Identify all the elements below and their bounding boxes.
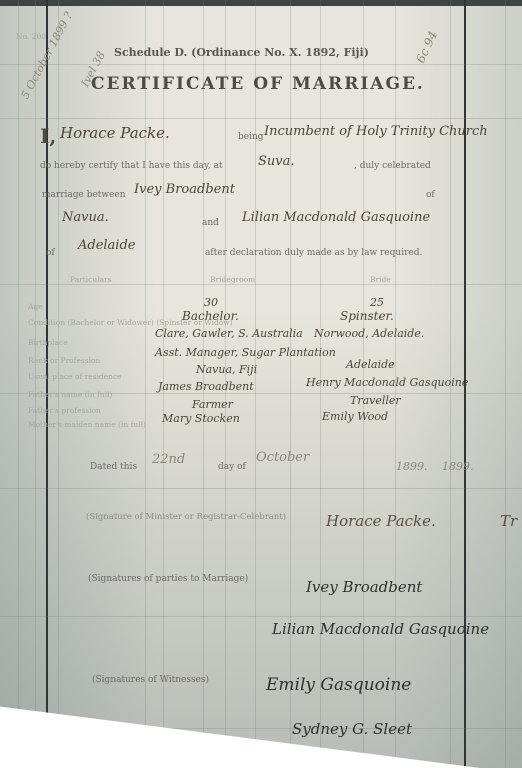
label-parties-signatures: (Signatures of parties to Marriage) xyxy=(88,574,248,584)
minister-signature-extra: Tr xyxy=(500,512,517,530)
dated-month: October xyxy=(256,450,309,465)
row-label-father-name: Father's name (in full) xyxy=(28,390,112,399)
label-marriage-between: marriage between xyxy=(42,190,126,200)
groom-age: 30 xyxy=(204,296,218,309)
groom-mother-name: Mary Stocken xyxy=(162,412,240,425)
bride-condition: Spinster. xyxy=(340,309,394,323)
label-minister-signature: (Signature of Minister or Registrar-Cele… xyxy=(86,512,286,522)
bride-father-name: Henry Macdonald Gasquoine xyxy=(306,376,468,389)
witness-1-signature: Emily Gasquoine xyxy=(266,675,411,695)
label-certify: do hereby certify that I have this day, … xyxy=(40,161,223,171)
top-binding-edge xyxy=(0,0,522,6)
bride-residence: Adelaide xyxy=(78,238,135,253)
row-label-father-profession: Father's profession xyxy=(28,406,101,415)
officiant-name: Horace Packe. xyxy=(60,124,170,142)
certificate-sheet: No. 200 5 October 1899 ? Ivel 38 6c 94 S… xyxy=(0,0,522,768)
groom-residence: Navua. xyxy=(62,210,109,225)
row-label-mother-maiden-name: Mother's maiden name (in full) xyxy=(28,420,146,429)
header-bridegroom: Bridegroom xyxy=(210,275,255,284)
groom-father-name: James Broadbent xyxy=(158,380,254,393)
minister-signature: Horace Packe. xyxy=(326,512,436,530)
margin-note-top-right: 6c 94 xyxy=(413,29,440,65)
bride-mother-name: Emily Wood xyxy=(322,410,388,423)
groom-usual-residence: Navua, Fiji xyxy=(196,363,257,376)
groom-signature: Ivey Broadbent xyxy=(306,578,422,596)
label-and: and xyxy=(202,218,219,228)
schedule-heading: Schedule D. (Ordinance No. X. 1892, Fiji… xyxy=(114,46,369,59)
form-number: No. 200 xyxy=(16,32,46,41)
label-witnesses-signatures: (Signatures of Witnesses) xyxy=(92,675,209,685)
bride-age: 25 xyxy=(370,296,384,309)
bride-usual-residence: Adelaide xyxy=(346,358,395,371)
bride-signature: Lilian Macdonald Gasquoine xyxy=(272,620,489,638)
bride-name: Lilian Macdonald Gasquoine xyxy=(242,210,430,225)
label-being: being xyxy=(238,132,264,142)
label-celebrated: , duly celebrated xyxy=(354,161,431,171)
groom-profession: Asst. Manager, Sugar Plantation xyxy=(155,346,336,359)
bride-father-profession: Traveller xyxy=(350,394,401,407)
officiant-title: Incumbent of Holy Trinity Church xyxy=(264,124,488,139)
row-label-age: Age xyxy=(28,302,43,311)
groom-condition: Bachelor. xyxy=(182,309,239,323)
row-label-birthplace: Birthplace xyxy=(28,338,68,347)
marriage-place: Suva. xyxy=(258,154,295,169)
dated-year-repeat: 1899. xyxy=(442,460,474,473)
label-dated-this: Dated this xyxy=(90,462,137,472)
groom-father-profession: Farmer xyxy=(192,398,233,411)
label-of-2: of xyxy=(46,248,55,258)
label-i: I, xyxy=(40,124,56,148)
certificate-title: CERTIFICATE OF MARRIAGE. xyxy=(91,74,425,94)
groom-birthplace: Clare, Gawler, S. Australia xyxy=(155,327,303,340)
label-declaration: after declaration duly made as by law re… xyxy=(205,248,422,258)
groom-name: Ivey Broadbent xyxy=(134,182,235,197)
dated-year: 1899. xyxy=(396,460,428,473)
witness-2-signature: Sydney G. Sleet xyxy=(292,720,412,738)
bride-birthplace: Norwood, Adelaide. xyxy=(314,327,424,340)
dated-day: 22nd xyxy=(152,452,185,467)
row-label-residence: Usual place of residence xyxy=(28,372,122,381)
label-of: of xyxy=(426,190,435,200)
left-margin-rule xyxy=(46,0,48,768)
header-bride: Bride xyxy=(370,275,391,284)
label-day-of: day of xyxy=(218,462,246,472)
row-label-profession: Rank or Profession xyxy=(28,356,100,365)
header-particulars: Particulars xyxy=(70,275,112,284)
